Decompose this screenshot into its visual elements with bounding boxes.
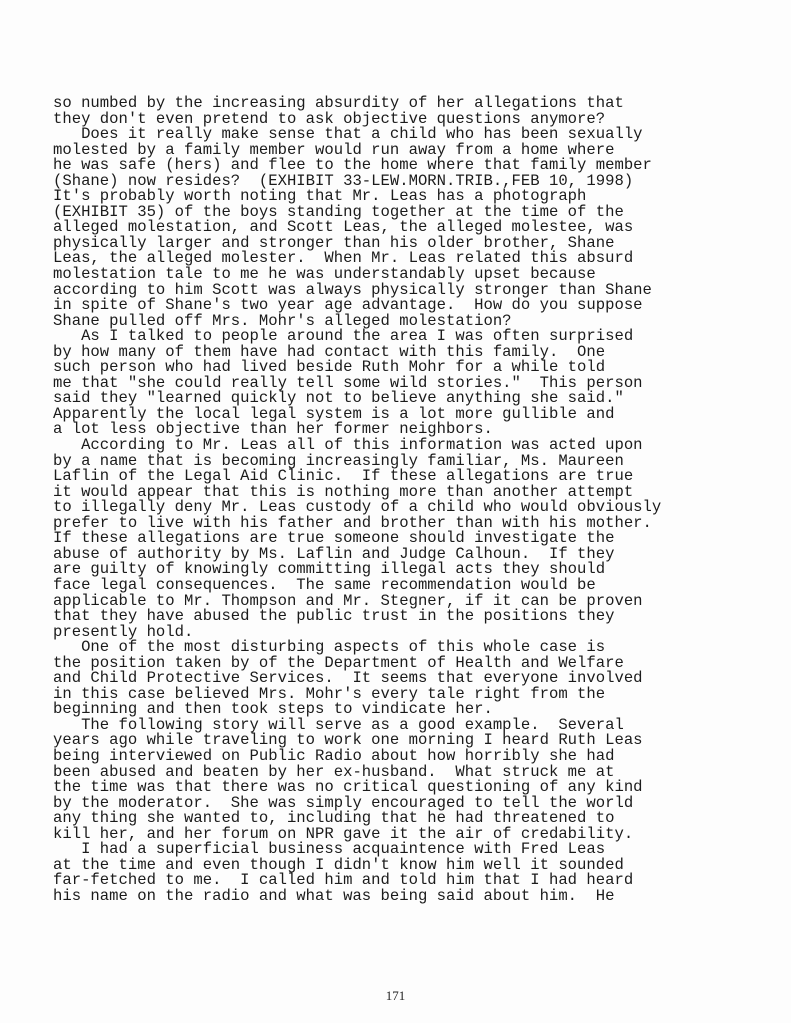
text-line: his name on the radio and what was being… [53,889,661,905]
body-text: so numbed by the increasing absurdity of… [53,96,661,904]
document-page: so numbed by the increasing absurdity of… [0,0,791,1023]
page-number: 171 [0,988,791,1004]
